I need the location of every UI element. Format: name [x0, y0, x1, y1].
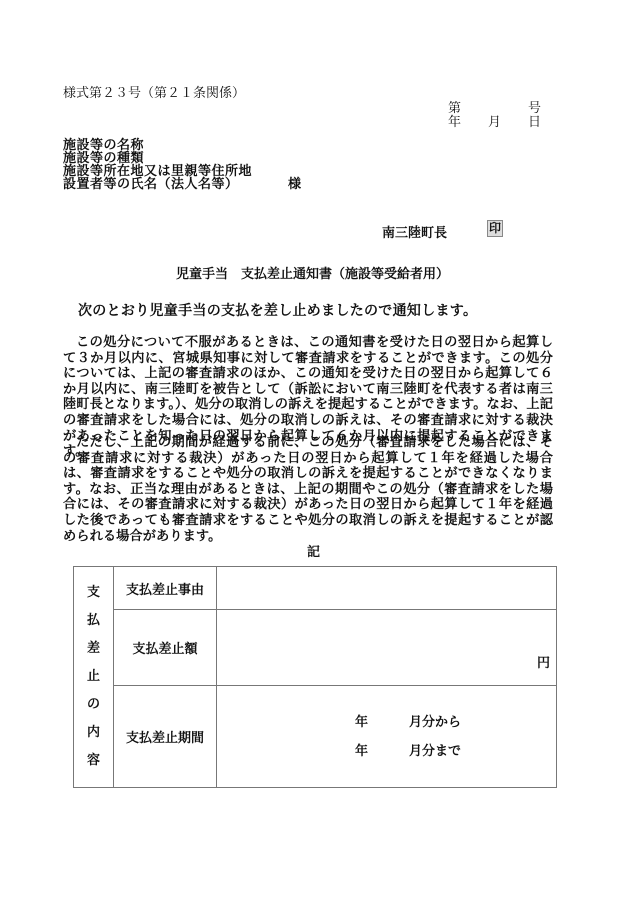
- period-to-month: 月分まで: [409, 740, 461, 759]
- reason-field[interactable]: [217, 567, 557, 610]
- deadline-notice-paragraph: ただし、上記の期間が経過する前に、この処分（審査請求をした場合には、その審査請求…: [63, 435, 553, 544]
- founder-name-label: 設置者等の氏名（法人名等）: [63, 178, 239, 191]
- suspension-details-table: 支 払 差 止 の 内 容 支払差止事由 支払差止額 円 支払差止期間 年 月分…: [73, 566, 557, 788]
- section-label-char: 支: [74, 579, 113, 607]
- period-field[interactable]: 年 月分から 年 月分まで: [217, 686, 557, 788]
- section-label-char: 内: [74, 719, 113, 747]
- ki-heading: 記: [307, 541, 320, 560]
- date-month: 月: [488, 111, 501, 130]
- reason-label: 支払差止事由: [114, 567, 217, 610]
- seal-stamp-icon: 印: [487, 220, 503, 237]
- section-label-char: 止: [74, 663, 113, 691]
- honorific: 様: [288, 178, 302, 191]
- section-label-char: 容: [74, 747, 113, 775]
- period-from-month: 月分から: [409, 711, 461, 730]
- section-label-char: 払: [74, 607, 113, 635]
- section-label-char: の: [74, 691, 113, 719]
- date-day: 日: [528, 111, 541, 130]
- document-title: 児童手当 支払差止通知書（施設等受給者用）: [176, 263, 449, 282]
- form-number: 様式第２３号（第２１条関係）: [63, 82, 245, 101]
- amount-label: 支払差止額: [114, 610, 217, 686]
- section-label-char: 差: [74, 635, 113, 663]
- issuer-name: 南三陸町長: [382, 222, 447, 241]
- intro-text: 次のとおり児童手当の支払を差し止めましたので通知します。: [78, 300, 477, 320]
- period-to-year: 年: [355, 740, 368, 759]
- yen-unit: 円: [537, 652, 550, 671]
- period-label: 支払差止期間: [114, 686, 217, 788]
- section-label: 支 払 差 止 の 内 容: [74, 567, 114, 788]
- amount-field[interactable]: 円: [217, 610, 557, 686]
- date-year: 年: [448, 111, 461, 130]
- period-from-year: 年: [355, 711, 368, 730]
